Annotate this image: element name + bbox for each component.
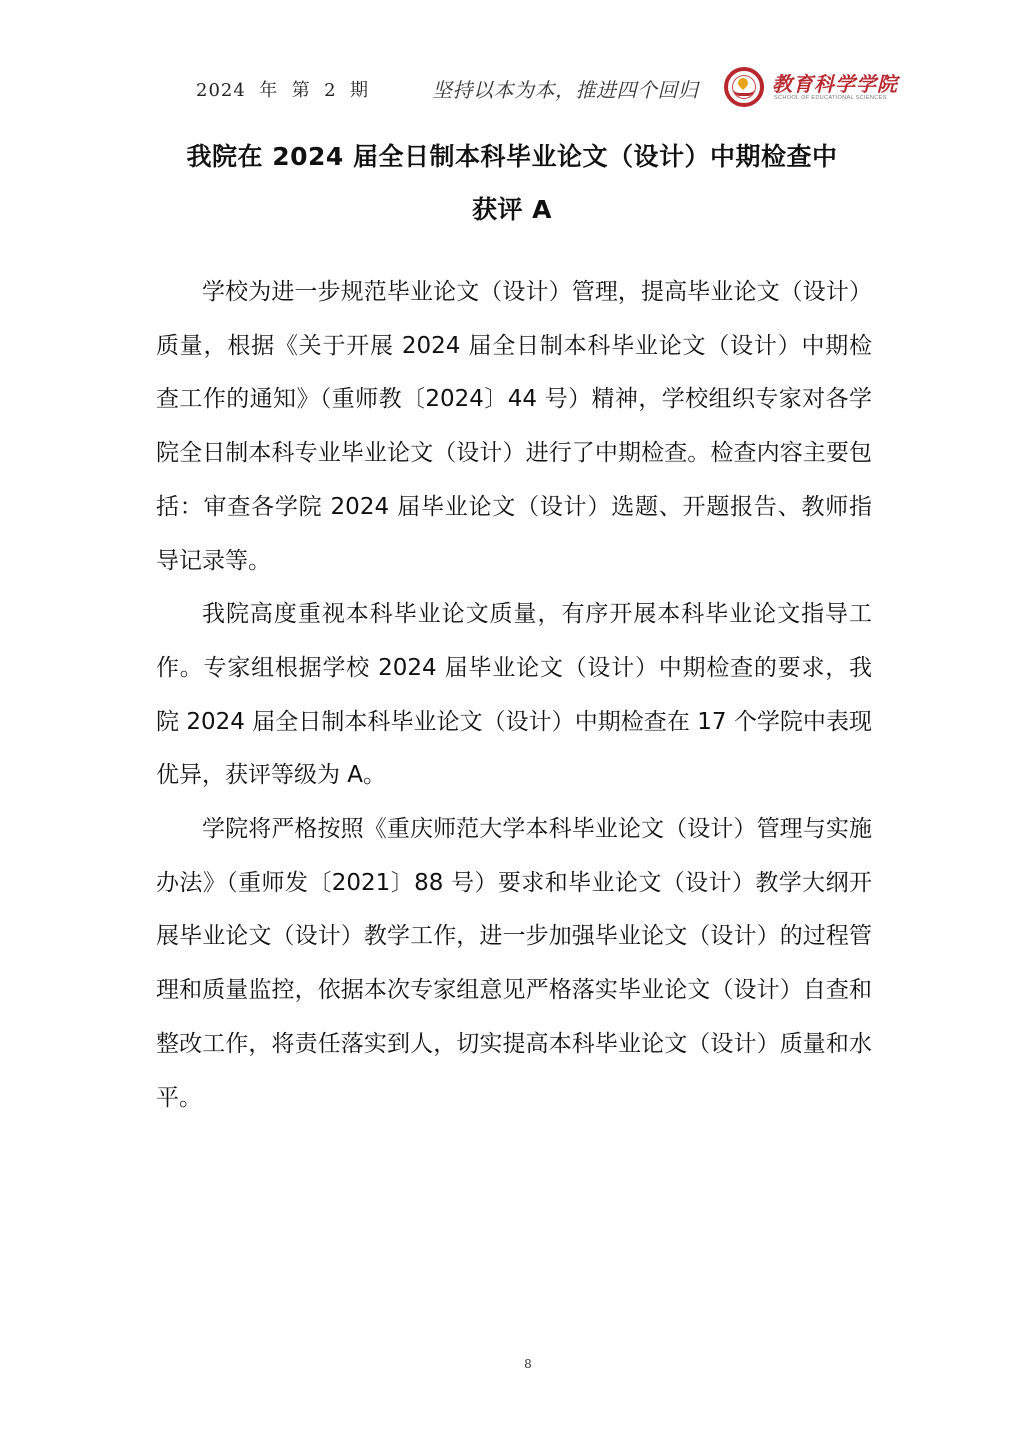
article-body: 学校为进一步规范毕业论文（设计）管理，提高毕业论文（设计）质量，根据《关于开展 … [156,266,872,1125]
article-title-line-2: 获评 A [120,190,904,226]
article-title-line-1: 我院在 2024 届全日制本科毕业论文（设计）中期检查中 [120,137,904,173]
school-logo: 教育科学学院 SCHOOL OF EDUCATIONAL SCIENCES [724,66,914,112]
issue-label: 2024 年 第 2 期 [196,76,369,102]
paragraph-3: 学院将严格按照《重庆师范大学本科毕业论文（设计）管理与实施办法》（重师发〔202… [156,803,872,1125]
school-name-english: SCHOOL OF EDUCATIONAL SCIENCES [774,95,887,101]
paragraph-2: 我院高度重视本科毕业论文质量，有序开展本科毕业论文指导工作。专家组根据学校 20… [156,588,872,803]
paragraph-1: 学校为进一步规范毕业论文（设计）管理，提高毕业论文（设计）质量，根据《关于开展 … [156,266,872,588]
school-emblem-icon [724,67,764,107]
school-name: 教育科学学院 [772,68,898,97]
page-number: 8 [0,1357,1024,1371]
page-header: 2024 年 第 2 期 坚持以本为本，推进四个回归 教育科学学院 SCHOOL… [196,66,906,112]
header-slogan: 坚持以本为本，推进四个回归 [432,74,699,103]
